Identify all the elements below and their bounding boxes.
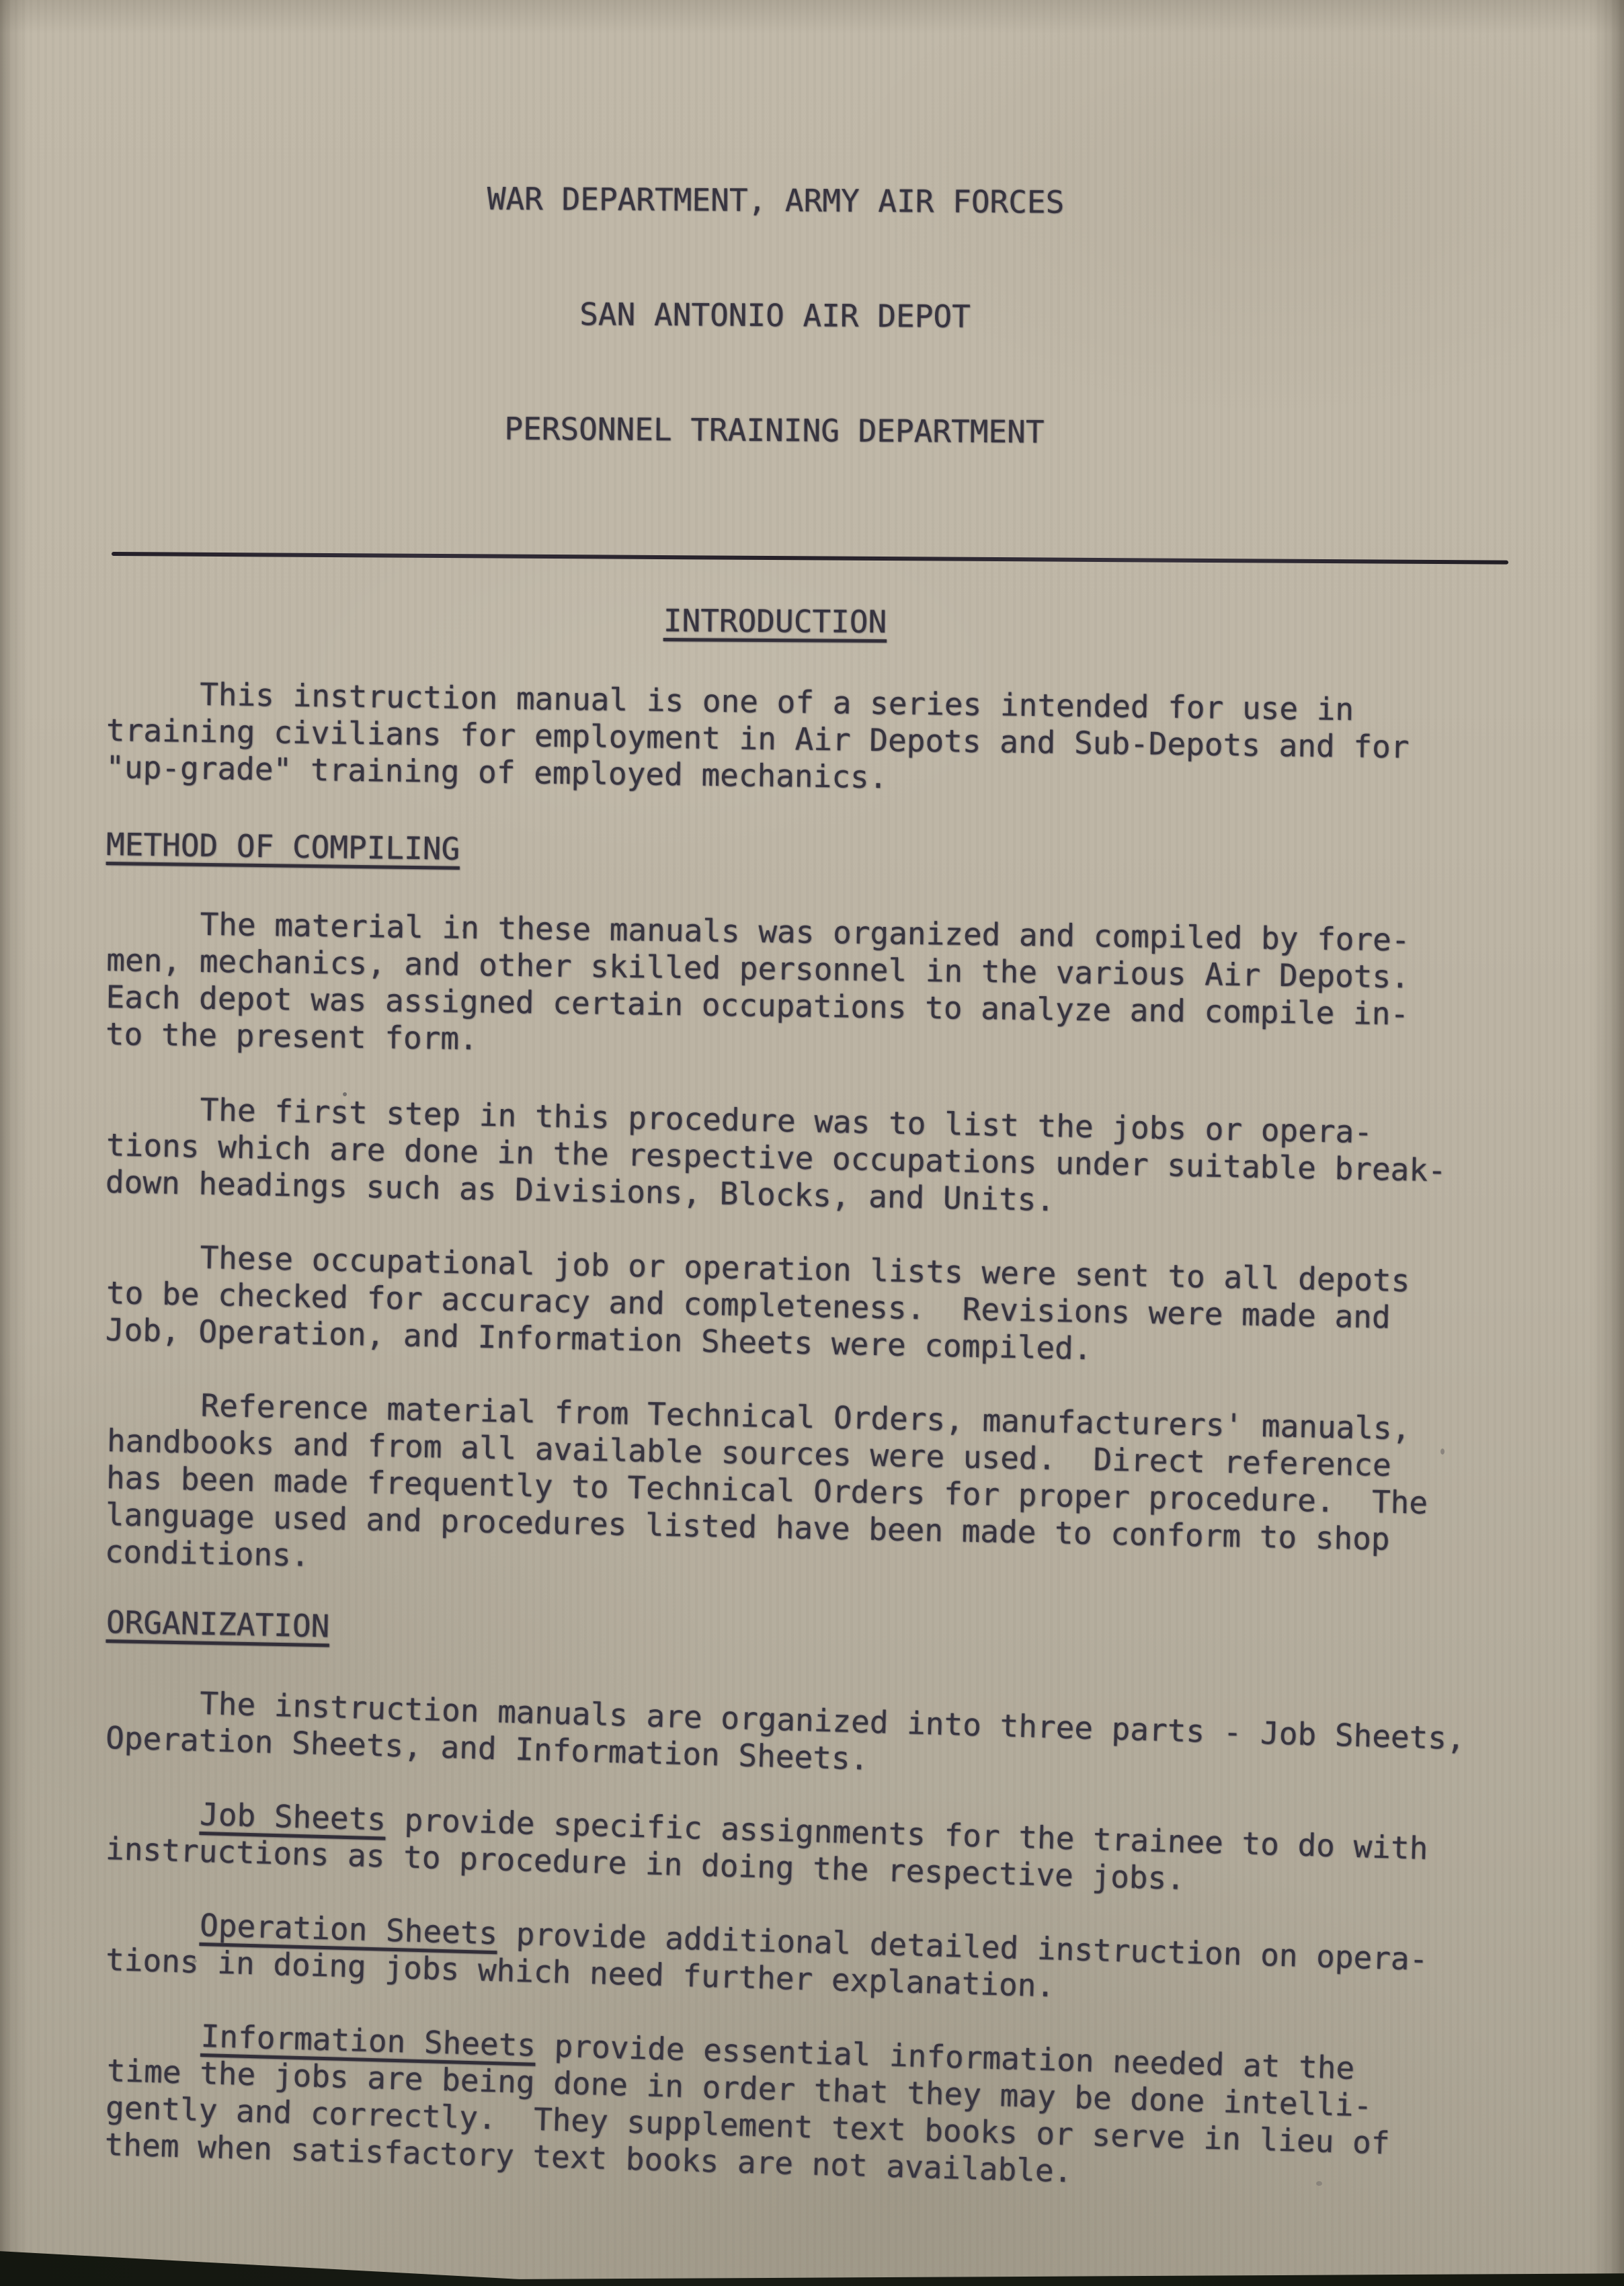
paragraph-operation-sheets: Operation Sheets provide additional deta… bbox=[105, 1904, 1518, 2018]
paper-speck bbox=[1440, 1448, 1445, 1455]
paper-speck bbox=[343, 1092, 347, 1096]
paragraph-organization-1: The instruction manuals are organized in… bbox=[105, 1682, 1518, 1796]
paragraph-introduction: This instruction manual is one of a seri… bbox=[106, 675, 1518, 804]
job-sheets-term: Job Sheets bbox=[199, 1796, 386, 1838]
section-title-organization: ORGANIZATION bbox=[106, 1604, 1518, 1668]
header-line-depot: SAN ANTONIO AIR DEPOT bbox=[106, 292, 1444, 339]
paragraph-method-4: Reference material from Technical Orders… bbox=[104, 1385, 1519, 1597]
paragraph-job-sheets: Job Sheets provide specific assignments … bbox=[105, 1793, 1518, 1907]
paragraph-method-3: These occupational job or operation list… bbox=[105, 1237, 1518, 1375]
document-header: WAR DEPARTMENT, ARMY AIR FORCES SAN ANTO… bbox=[105, 101, 1445, 530]
section-title-introduction-text: INTRODUCTION bbox=[663, 602, 887, 640]
section-title-method-text: METHOD OF COMPILING bbox=[106, 826, 460, 867]
section-title-method-of-compiling: METHOD OF COMPILING bbox=[106, 826, 1518, 881]
section-title-introduction: INTRODUCTION bbox=[106, 599, 1444, 644]
section-title-organization-text: ORGANIZATION bbox=[106, 1604, 329, 1644]
paper-speck bbox=[1316, 2181, 1322, 2186]
paragraph-method-1: The material in these manuals was organi… bbox=[106, 905, 1519, 1071]
job-sheets-indent bbox=[106, 1793, 200, 1832]
paragraph-method-2: The first step in this procedure was to … bbox=[105, 1090, 1518, 1227]
scanned-document-page: WAR DEPARTMENT, ARMY AIR FORCES SAN ANTO… bbox=[0, 0, 1624, 2286]
header-line-training-dept: PERSONNEL TRAINING DEPARTMENT bbox=[106, 407, 1443, 454]
paragraph-information-sheets: Information Sheets provide essential inf… bbox=[104, 2015, 1519, 2203]
document-content: WAR DEPARTMENT, ARMY AIR FORCES SAN ANTO… bbox=[0, 0, 1518, 2163]
operation-sheets-indent bbox=[106, 1904, 200, 1943]
paper-speck bbox=[315, 920, 319, 924]
scan-edge-bottom bbox=[0, 2238, 1624, 2286]
information-sheets-indent bbox=[108, 2015, 202, 2054]
header-line-department: WAR DEPARTMENT, ARMY AIR FORCES bbox=[107, 177, 1445, 224]
paper-speck bbox=[462, 929, 466, 932]
paper-speck bbox=[192, 1959, 197, 1963]
header-divider-line bbox=[112, 552, 1508, 565]
